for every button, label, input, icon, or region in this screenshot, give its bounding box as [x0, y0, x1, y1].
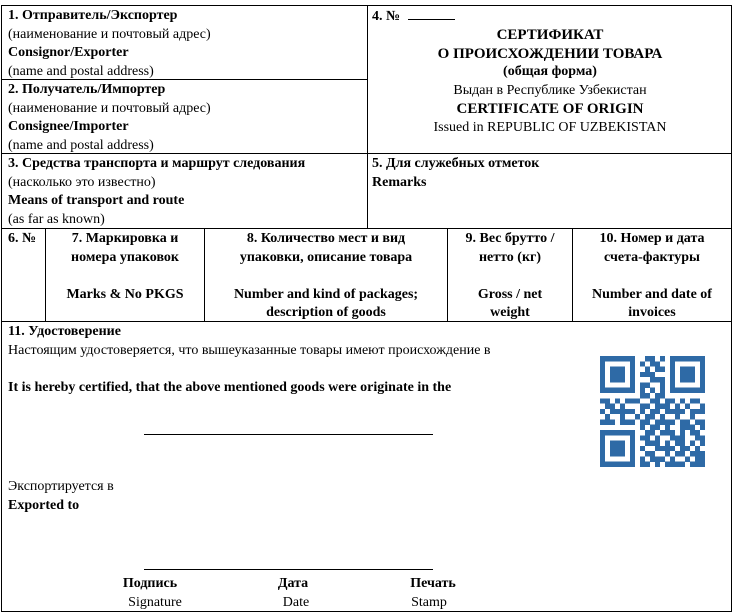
- box3-subtitle-ru: (насколько это известно): [8, 174, 363, 193]
- stamp-ru: Печать: [398, 574, 468, 593]
- box-certificate-number: 4. №: [372, 7, 730, 27]
- box5-title-en: Remarks: [372, 174, 730, 193]
- goods-col-desc-en2: description of goods: [205, 304, 447, 323]
- date-label: Дата Date: [263, 574, 323, 612]
- certificate-heading: СЕРТИФИКАТ О ПРОИСХОЖДЕНИИ ТОВАРА (общая…: [368, 26, 732, 137]
- box1-title-en: Consignor/Exporter: [8, 44, 363, 63]
- goods-col-desc-ru1: 8. Количество мест и вид: [205, 230, 447, 249]
- goods-col-invoice[interactable]: 10. Номер и дата счета-фактуры Number an…: [573, 230, 731, 323]
- box3-title: 3. Средства транспорта и маршрут следова…: [8, 155, 363, 174]
- signature-line[interactable]: [144, 569, 433, 570]
- goods-col-number[interactable]: 6. №: [8, 230, 44, 249]
- goods-col-weight-ru2: нетто (кг): [448, 249, 572, 268]
- qr-code-icon: [600, 356, 705, 467]
- certify-en: It is hereby certified, that the above m…: [8, 379, 588, 398]
- goods-col-weight-ru1: 9. Вес брутто /: [448, 230, 572, 249]
- origin-country-field[interactable]: [144, 434, 433, 435]
- issued-en: Issued in REPUBLIC OF UZBEKISTAN: [368, 119, 732, 138]
- signature-ru: Подпись: [108, 574, 192, 593]
- certificate-number-label: 4. №: [372, 9, 400, 24]
- heading-ru-line2: О ПРОИСХОЖДЕНИИ ТОВАРА: [368, 45, 732, 64]
- box1-subtitle-ru: (наименование и почтовый адрес): [8, 26, 363, 45]
- form-type: (общая форма): [368, 63, 732, 82]
- goods-col-marks-ru2: номера упаковок: [46, 249, 204, 268]
- certificate-number-field[interactable]: [408, 7, 455, 20]
- box2-subtitle-ru: (наименование и почтовый адрес): [8, 100, 363, 119]
- goods-col-desc-en1: Number and kind of packages;: [205, 286, 447, 305]
- box3-subtitle-en: (as far as known): [8, 211, 363, 230]
- goods-col-invoice-ru2: счета-фактуры: [573, 249, 731, 268]
- goods-col-weight-en1: Gross / net: [448, 286, 572, 305]
- goods-col-marks[interactable]: 7. Маркировка и номера упаковок Marks & …: [46, 230, 204, 304]
- date-en: Date: [263, 593, 323, 612]
- goods-col-weight[interactable]: 9. Вес брутто / нетто (кг) Gross / net w…: [448, 230, 572, 323]
- box2-title-en: Consignee/Importer: [8, 118, 363, 137]
- box3-title-en: Means of transport and route: [8, 192, 363, 211]
- stamp-label: Печать Stamp: [398, 574, 468, 612]
- certify-ru: Настоящим удостоверяется, что вышеуказан…: [8, 342, 588, 361]
- certify-en-block: It is hereby certified, that the above m…: [8, 379, 588, 398]
- heading-en: CERTIFICATE OF ORIGIN: [368, 100, 732, 119]
- signature-en: Signature: [108, 593, 192, 612]
- date-ru: Дата: [263, 574, 323, 593]
- goods-col-desc-ru2: упаковки, описание товара: [205, 249, 447, 268]
- box-transport[interactable]: 3. Средства транспорта и маршрут следова…: [8, 155, 363, 229]
- box5-title: 5. Для служебных отметок: [372, 155, 730, 174]
- box11-heading: 11. Удостоверение Настоящим удостоверяет…: [8, 323, 588, 360]
- goods-col-invoice-en2: invoices: [573, 304, 731, 323]
- goods-col-marks-ru1: 7. Маркировка и: [46, 230, 204, 249]
- signature-label: Подпись Signature: [108, 574, 192, 612]
- box2-title: 2. Получатель/Импортер: [8, 81, 363, 100]
- heading-ru-line1: СЕРТИФИКАТ: [368, 26, 732, 45]
- goods-col-marks-en1: Marks & No PKGS: [46, 286, 204, 305]
- box1-title: 1. Отправитель/Экспортер: [8, 7, 363, 26]
- issued-ru: Выдан в Республике Узбекистан: [368, 82, 732, 101]
- exported-to-block: Экспортируется в Exported to: [8, 478, 308, 515]
- box-consignee[interactable]: 2. Получатель/Импортер (наименование и п…: [8, 81, 363, 155]
- exported-en: Exported to: [8, 497, 308, 516]
- goods-col-description[interactable]: 8. Количество мест и вид упаковки, описа…: [205, 230, 447, 323]
- exported-ru: Экспортируется в: [8, 478, 308, 497]
- box2-subtitle-en: (name and postal address): [8, 137, 363, 156]
- stamp-en: Stamp: [398, 593, 468, 612]
- box1-subtitle-en: (name and postal address): [8, 63, 363, 82]
- box-consignor[interactable]: 1. Отправитель/Экспортер (наименование и…: [8, 7, 363, 81]
- goods-col-invoice-ru1: 10. Номер и дата: [573, 230, 731, 249]
- goods-col-number-label: 6. №: [8, 230, 44, 249]
- goods-col-weight-en2: weight: [448, 304, 572, 323]
- box11-title: 11. Удостоверение: [8, 323, 588, 342]
- box-remarks[interactable]: 5. Для служебных отметок Remarks: [372, 155, 730, 192]
- goods-col-invoice-en1: Number and date of: [573, 286, 731, 305]
